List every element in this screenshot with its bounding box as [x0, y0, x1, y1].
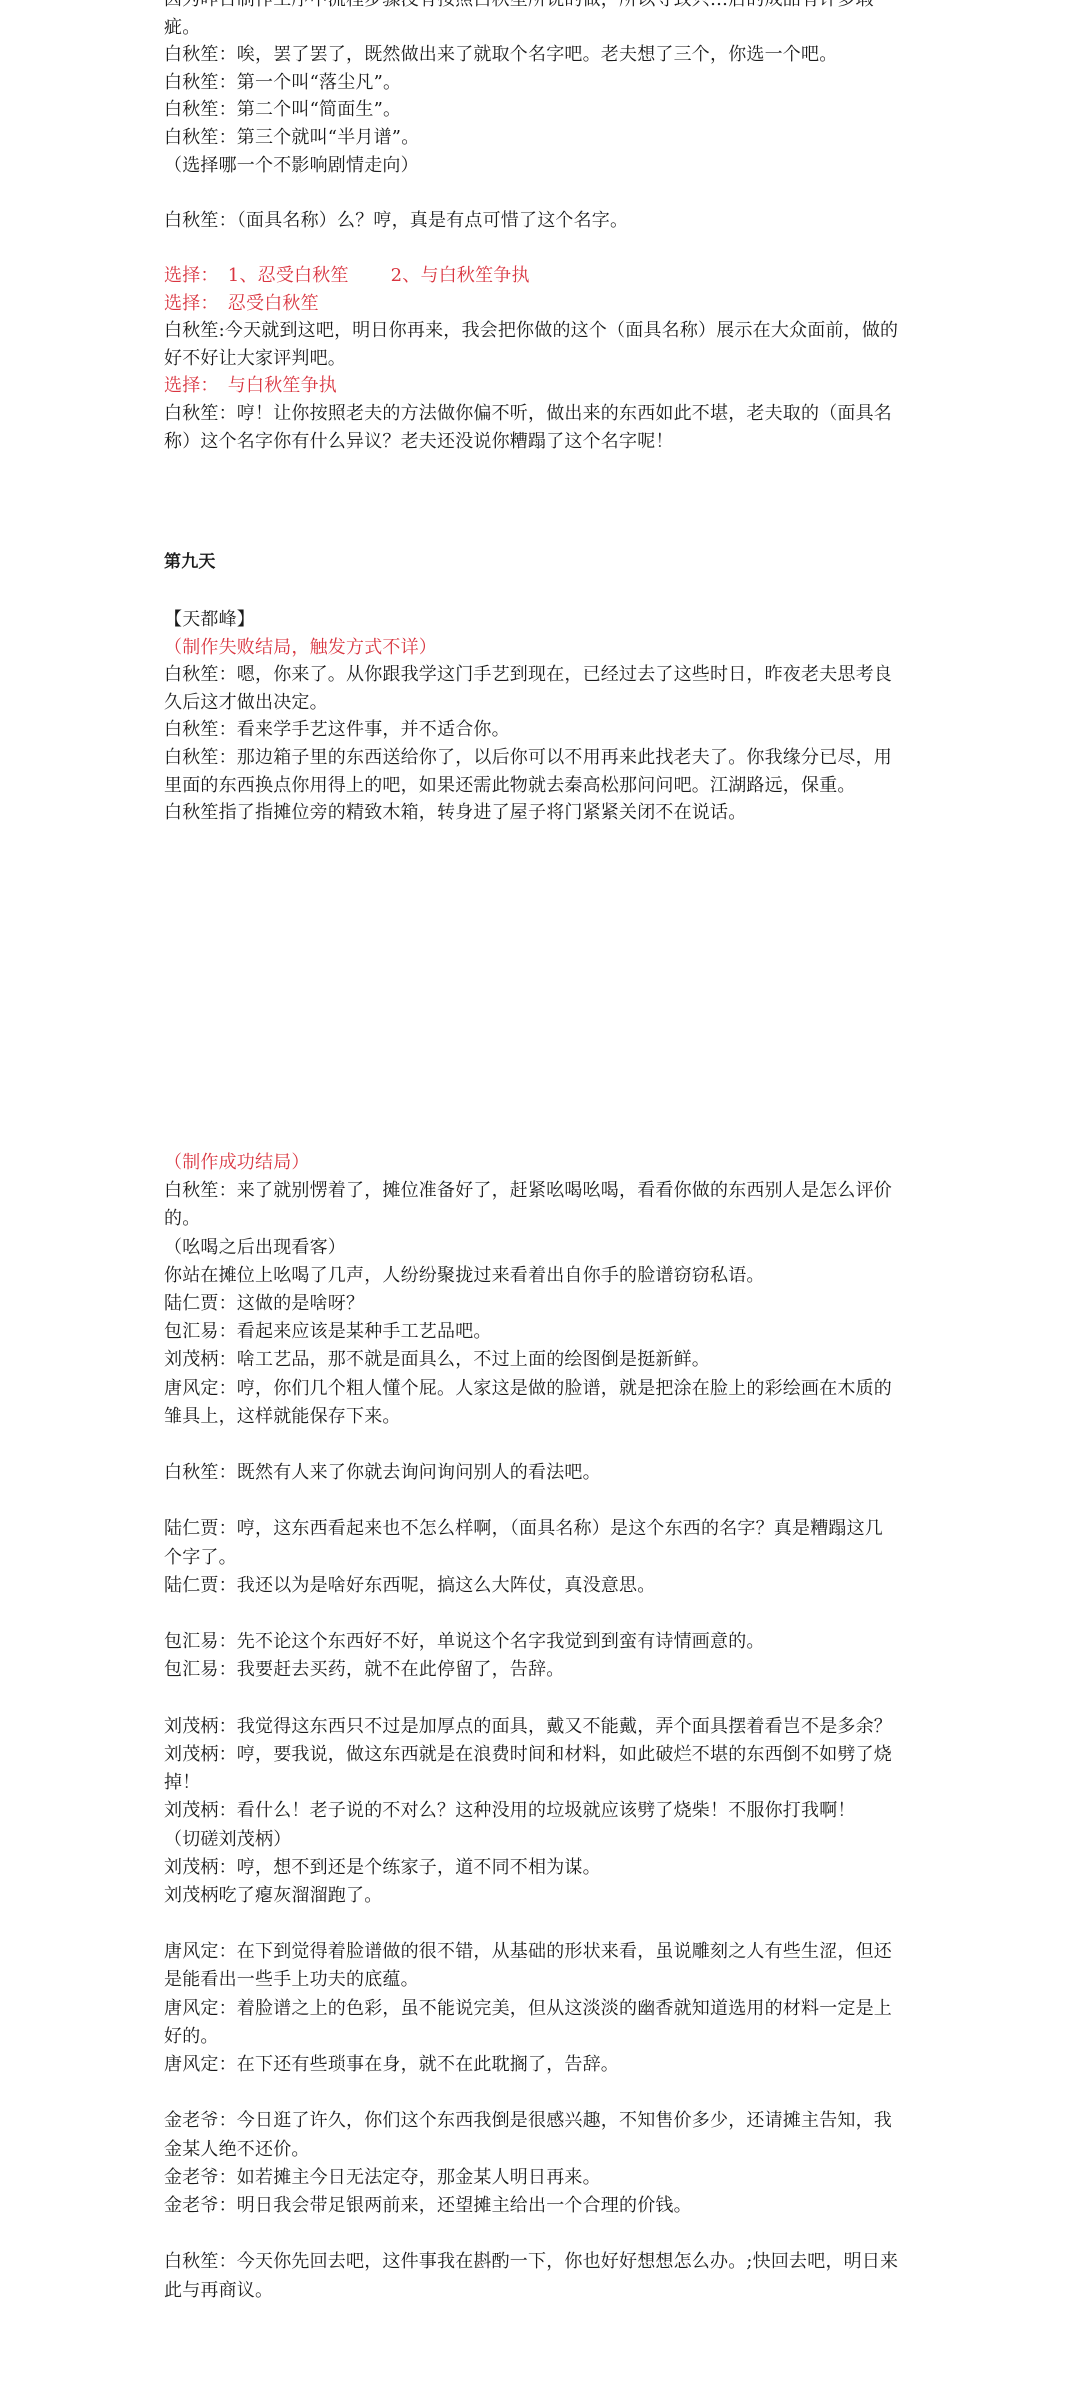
text-line: 久后这才做出决定。 [164, 689, 924, 717]
text-line: 称）这个名字你有什么异议？老夫还没说你糟蹋了这个名字呢！ [164, 428, 924, 456]
choice-option-1: 选择： 1、忍受白秋笙 [164, 265, 349, 286]
text-line: 此与再商议。 [164, 2277, 924, 2305]
text-line: 陆仁贾：这做的是啥呀？ [164, 1290, 924, 1318]
text-line: 好不好让大家评判吧。 [164, 345, 924, 373]
blank-line [164, 2220, 924, 2248]
text-line: 的。 [164, 1205, 924, 1233]
text-line: 白秋笙：哼！让你按照老夫的方法做你偏不听，做出来的东西如此不堪，老夫取的（面具名 [164, 400, 924, 428]
blank-line [164, 179, 924, 207]
text-line: 陆仁贾：哼，这东西看起来也不怎么样啊，（面具名称）是这个东西的名字？真是糟蹋这几 [164, 1515, 924, 1543]
text-line: 白秋笙：看来学手艺这件事，并不适合你。 [164, 716, 924, 744]
text-line: 雏具上，这样就能保存下来。 [164, 1403, 924, 1431]
blank-line [164, 2079, 924, 2107]
clipped-text-line: 因为昨日制作工序中流程步骤没有按照白秋笙所说的做，所以导致只…后的成品有许多瑕 [164, 0, 924, 14]
day-heading-block: 第九天 [164, 549, 924, 577]
day-heading: 第九天 [164, 549, 924, 577]
text-line: 白秋笙：第二个叫“简面生”。 [164, 96, 924, 124]
text-line: 包汇易：先不论这个东西好不好，单说这个名字我觉到到蛮有诗情画意的。 [164, 1628, 924, 1656]
text-line: 包汇易：看起来应该是某种手工艺品吧。 [164, 1318, 924, 1346]
text-line: 白秋笙：今天你先回去吧，这件事我在斟酌一下，你也好好想想怎么办。;快回去吧，明日… [164, 2248, 924, 2276]
choice-options-line: 选择： 1、忍受白秋笙2、与白秋笙争执 [164, 262, 924, 290]
text-line: 金老爷：今日逛了许久，你们这个东西我倒是很感兴趣，不知售价多少，还请摊主告知，我 [164, 2107, 924, 2135]
text-line: 【天都峰】 [164, 606, 924, 634]
blank-line [164, 234, 924, 262]
text-line: 包汇易：我要赶去买药，就不在此停留了，告辞。 [164, 1656, 924, 1684]
text-line: 白秋笙：既然有人来了你就去询问询问别人的看法吧。 [164, 1459, 924, 1487]
text-line: 白秋笙:今天就到这吧，明日你再来，我会把你做的这个（面具名称）展示在大众面前，做… [164, 317, 924, 345]
choice-line: 选择： 与白秋笙争执 [164, 372, 924, 400]
choice-line: （制作成功结局） [164, 1149, 924, 1177]
blank-line [164, 1431, 924, 1459]
text-line: 个字了。 [164, 1544, 924, 1572]
blank-line [164, 1487, 924, 1515]
text-line: 白秋笙：嗯，你来了。从你跟我学这门手艺到现在，已经过去了这些时日，昨夜老夫思考良 [164, 661, 924, 689]
text-line: 唐风定：在下还有些琐事在身，就不在此耽搁了，告辞。 [164, 2051, 924, 2079]
text-line: 掉！ [164, 1769, 924, 1797]
text-line: 白秋笙：（面具名称）么？哼，真是有点可惜了这个名字。 [164, 207, 924, 235]
text-line: 白秋笙：来了就别愣着了，摊位准备好了，赶紧吆喝吆喝，看看你做的东西别人是怎么评价 [164, 1177, 924, 1205]
text-line: 金某人绝不还价。 [164, 2136, 924, 2164]
text-line: 白秋笙：唉，罢了罢了，既然做出来了就取个名字吧。老夫想了三个，你选一个吧。 [164, 41, 924, 69]
text-line: 唐风定：哼，你们几个粗人懂个屁。人家这是做的脸谱，就是把涂在脸上的彩绘画在木质的 [164, 1375, 924, 1403]
text-line: 陆仁贾：我还以为是啥好东西呢，搞这么大阵仗，真没意思。 [164, 1572, 924, 1600]
text-line: 刘茂柄：哼，想不到还是个练家子，道不同不相为谋。 [164, 1854, 924, 1882]
text-line: 唐风定：着脸谱之上的色彩，虽不能说完美，但从这淡淡的幽香就知道选用的材料一定是上 [164, 1995, 924, 2023]
text-line: 里面的东西换点你用得上的吧，如果还需此物就去秦高松那问问吧。江湖路远，保重。 [164, 772, 924, 800]
text-line: 你站在摊位上吆喝了几声，人纷纷聚拢过来看着出自你手的脸谱窃窃私语。 [164, 1262, 924, 1290]
section-success-ending: （制作成功结局）白秋笙：来了就别愣着了，摊位准备好了，赶紧吆喝吆喝，看看你做的东… [164, 1149, 924, 2305]
choice-line: （制作失败结局，触发方式不详） [164, 634, 924, 662]
text-line: 疵。 [164, 14, 924, 42]
text-line: 刘茂柄：我觉得这东西只不过是加厚点的面具，戴又不能戴，弄个面具摆着看岂不是多余？ [164, 1713, 924, 1741]
text-line: 刘茂柄：啥工艺品，那不就是面具么，不过上面的绘图倒是挺新鲜。 [164, 1346, 924, 1374]
choice-line: 选择： 忍受白秋笙 [164, 290, 924, 318]
text-line: 好的。 [164, 2023, 924, 2051]
text-line: 金老爷：如若摊主今日无法定夺，那金某人明日再来。 [164, 2164, 924, 2192]
text-line: 白秋笙：那边箱子里的东西送给你了，以后你可以不用再来此找老夫了。你我缘分已尽，用 [164, 744, 924, 772]
blank-line [164, 1910, 924, 1938]
text-line: 刘茂柄：哼，要我说，做这东西就是在浪费时间和材料，如此破烂不堪的东西倒不如劈了烧 [164, 1741, 924, 1769]
text-line: （吆喝之后出现看客） [164, 1234, 924, 1262]
document-page: 因为昨日制作工序中流程步骤没有按照白秋笙所说的做，所以导致只…后的成品有许多瑕疵… [0, 0, 1080, 2400]
text-line: 白秋笙：第三个就叫“半月谱”。 [164, 124, 924, 152]
blank-line [164, 1600, 924, 1628]
text-line: 白秋笙：第一个叫“落尘凡”。 [164, 69, 924, 97]
choice-option-2: 2、与白秋笙争执 [391, 265, 530, 286]
text-line: 唐风定：在下到觉得着脸谱做的很不错，从基础的形状来看，虽说雕刻之人有些生涩，但还 [164, 1938, 924, 1966]
blank-line [164, 1685, 924, 1713]
text-line: 金老爷：明日我会带足银两前来，还望摊主给出一个合理的价钱。 [164, 2192, 924, 2220]
text-line: 是能看出一些手上功夫的底蕴。 [164, 1966, 924, 1994]
text-line: （选择哪一个不影响剧情走向） [164, 152, 924, 180]
section-mask-naming: 因为昨日制作工序中流程步骤没有按照白秋笙所说的做，所以导致只…后的成品有许多瑕疵… [164, 0, 924, 455]
section-fail-ending: 【天都峰】（制作失败结局，触发方式不详）白秋笙：嗯，你来了。从你跟我学这门手艺到… [164, 606, 924, 827]
text-line: 刘茂柄吃了瘪灰溜溜跑了。 [164, 1882, 924, 1910]
text-line: （切磋刘茂柄） [164, 1826, 924, 1854]
text-line: 刘茂柄：看什么！老子说的不对么？这种没用的垃圾就应该劈了烧柴！不服你打我啊！ [164, 1797, 924, 1825]
text-line: 白秋笙指了指摊位旁的精致木箱，转身进了屋子将门紧紧关闭不在说话。 [164, 799, 924, 827]
